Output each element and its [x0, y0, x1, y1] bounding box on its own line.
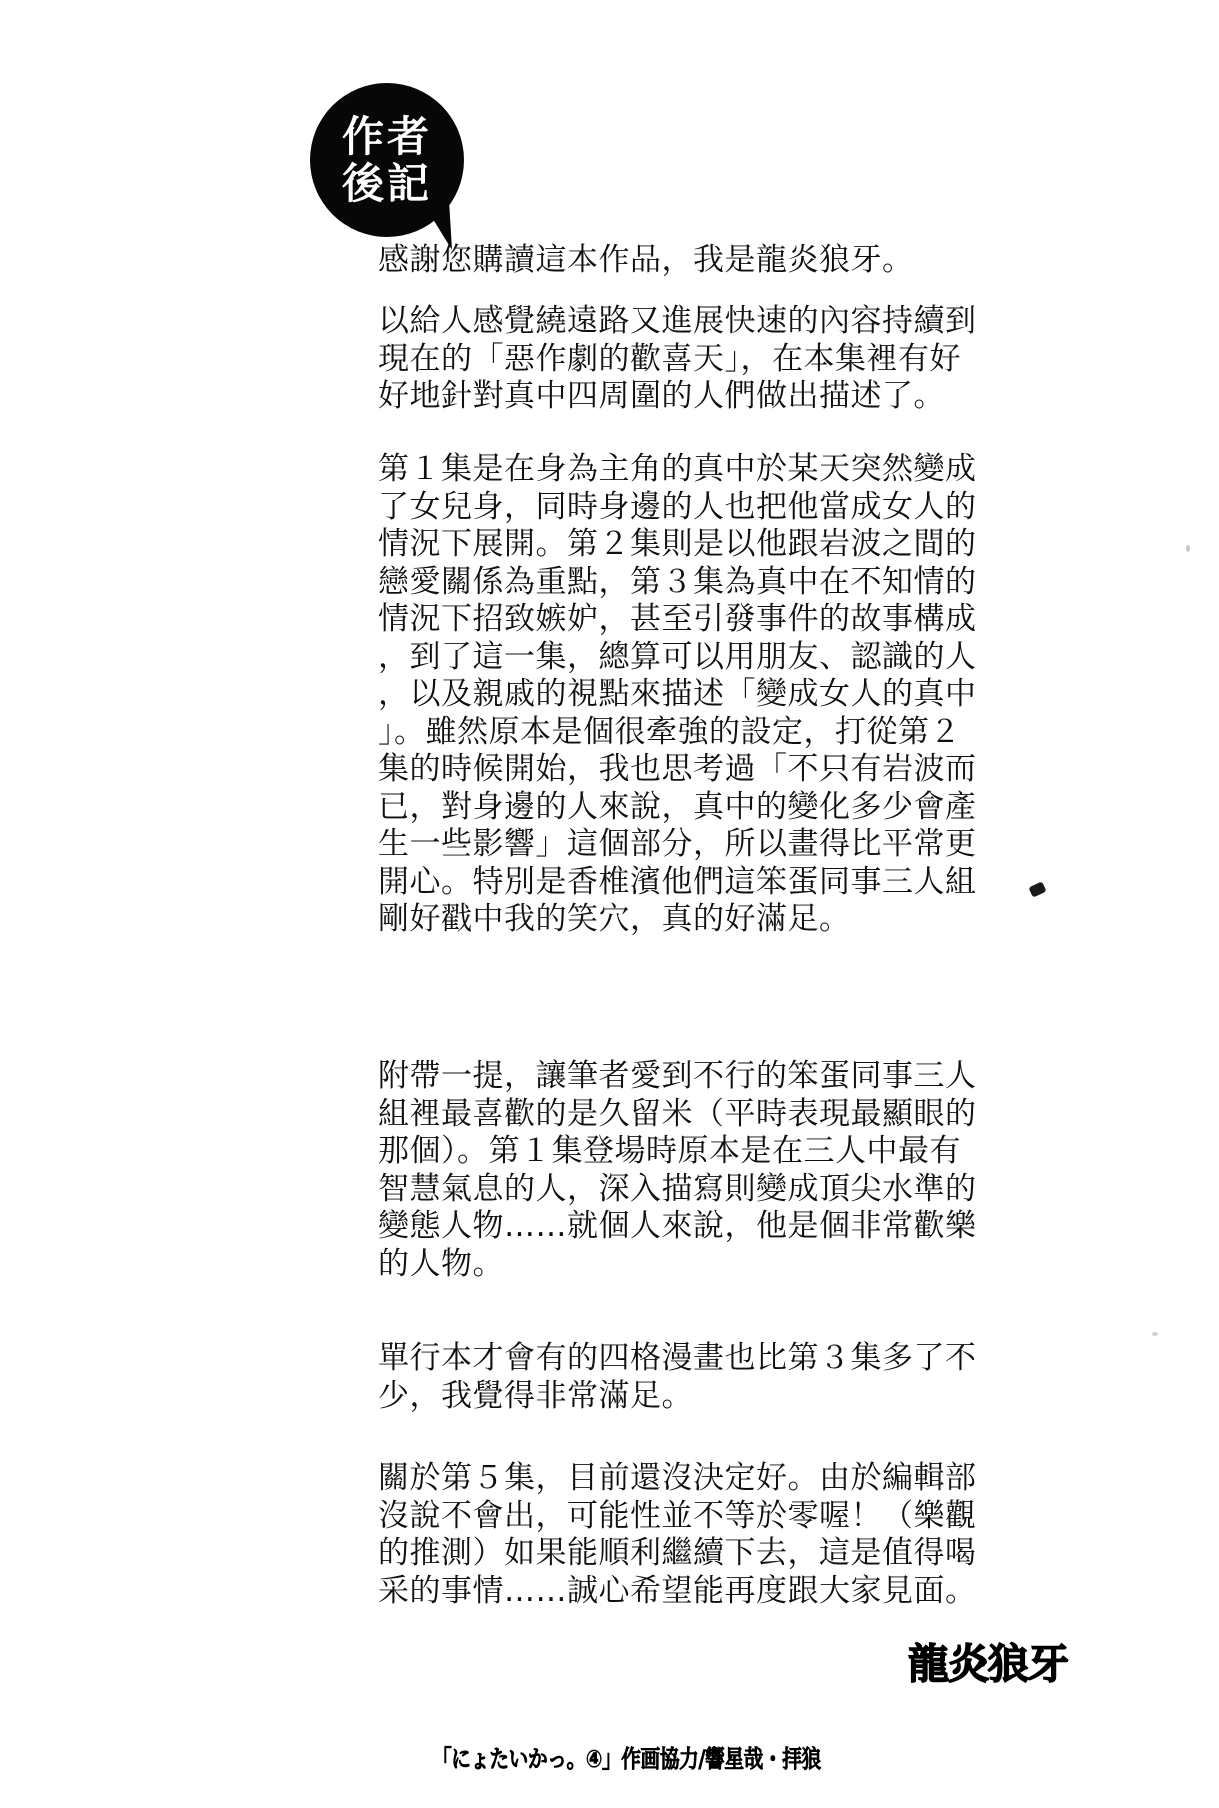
author-afterword-badge: 作者 後記 — [310, 83, 464, 237]
afterword-page: 作者 後記 感謝您購讀這本作品，我是龍炎狼牙。 以給人感覺繞遠路又進展快速的內容… — [0, 0, 1219, 1808]
credits-footer: 「にょたいかっ。④」作画協力/響星哉・拝狼 — [432, 1739, 821, 1774]
scan-speck — [1028, 881, 1046, 897]
paragraph-bonus-comics: 單行本才會有的四格漫畫也比第３集多了不 少，我覺得非常滿足。 — [378, 1340, 984, 1415]
badge-title-line1: 作者 — [342, 113, 432, 160]
paragraph-greeting: 感謝您購讀這本作品，我是龍炎狼牙。 — [378, 242, 984, 280]
scan-speck — [1186, 545, 1190, 552]
scan-speck — [1152, 1332, 1158, 1336]
paragraph-series-intro: 以給人感覺繞遠路又進展快速的內容持續到 現在的「惡作劇的歡喜天」，在本集裡有好 … — [378, 303, 984, 416]
badge-title-line2: 後記 — [342, 160, 432, 207]
paragraph-favorite-character: 附帶一提，讓筆者愛到不行的笨蛋同事三人 組裡最喜歡的是久留米（平時表現最顯眼的 … — [378, 1058, 984, 1283]
paragraph-volume-recap: 第１集是在身為主角的真中於某天突然變成 了女兒身，同時身邊的人也把他當成女人的 … — [378, 451, 984, 939]
paragraph-volume5-outlook: 關於第５集，目前還沒決定好。由於編輯部 沒說不會出，可能性並不等於零喔！（樂觀 … — [378, 1460, 984, 1610]
author-signature: 龍炎狼牙 — [908, 1631, 1068, 1690]
